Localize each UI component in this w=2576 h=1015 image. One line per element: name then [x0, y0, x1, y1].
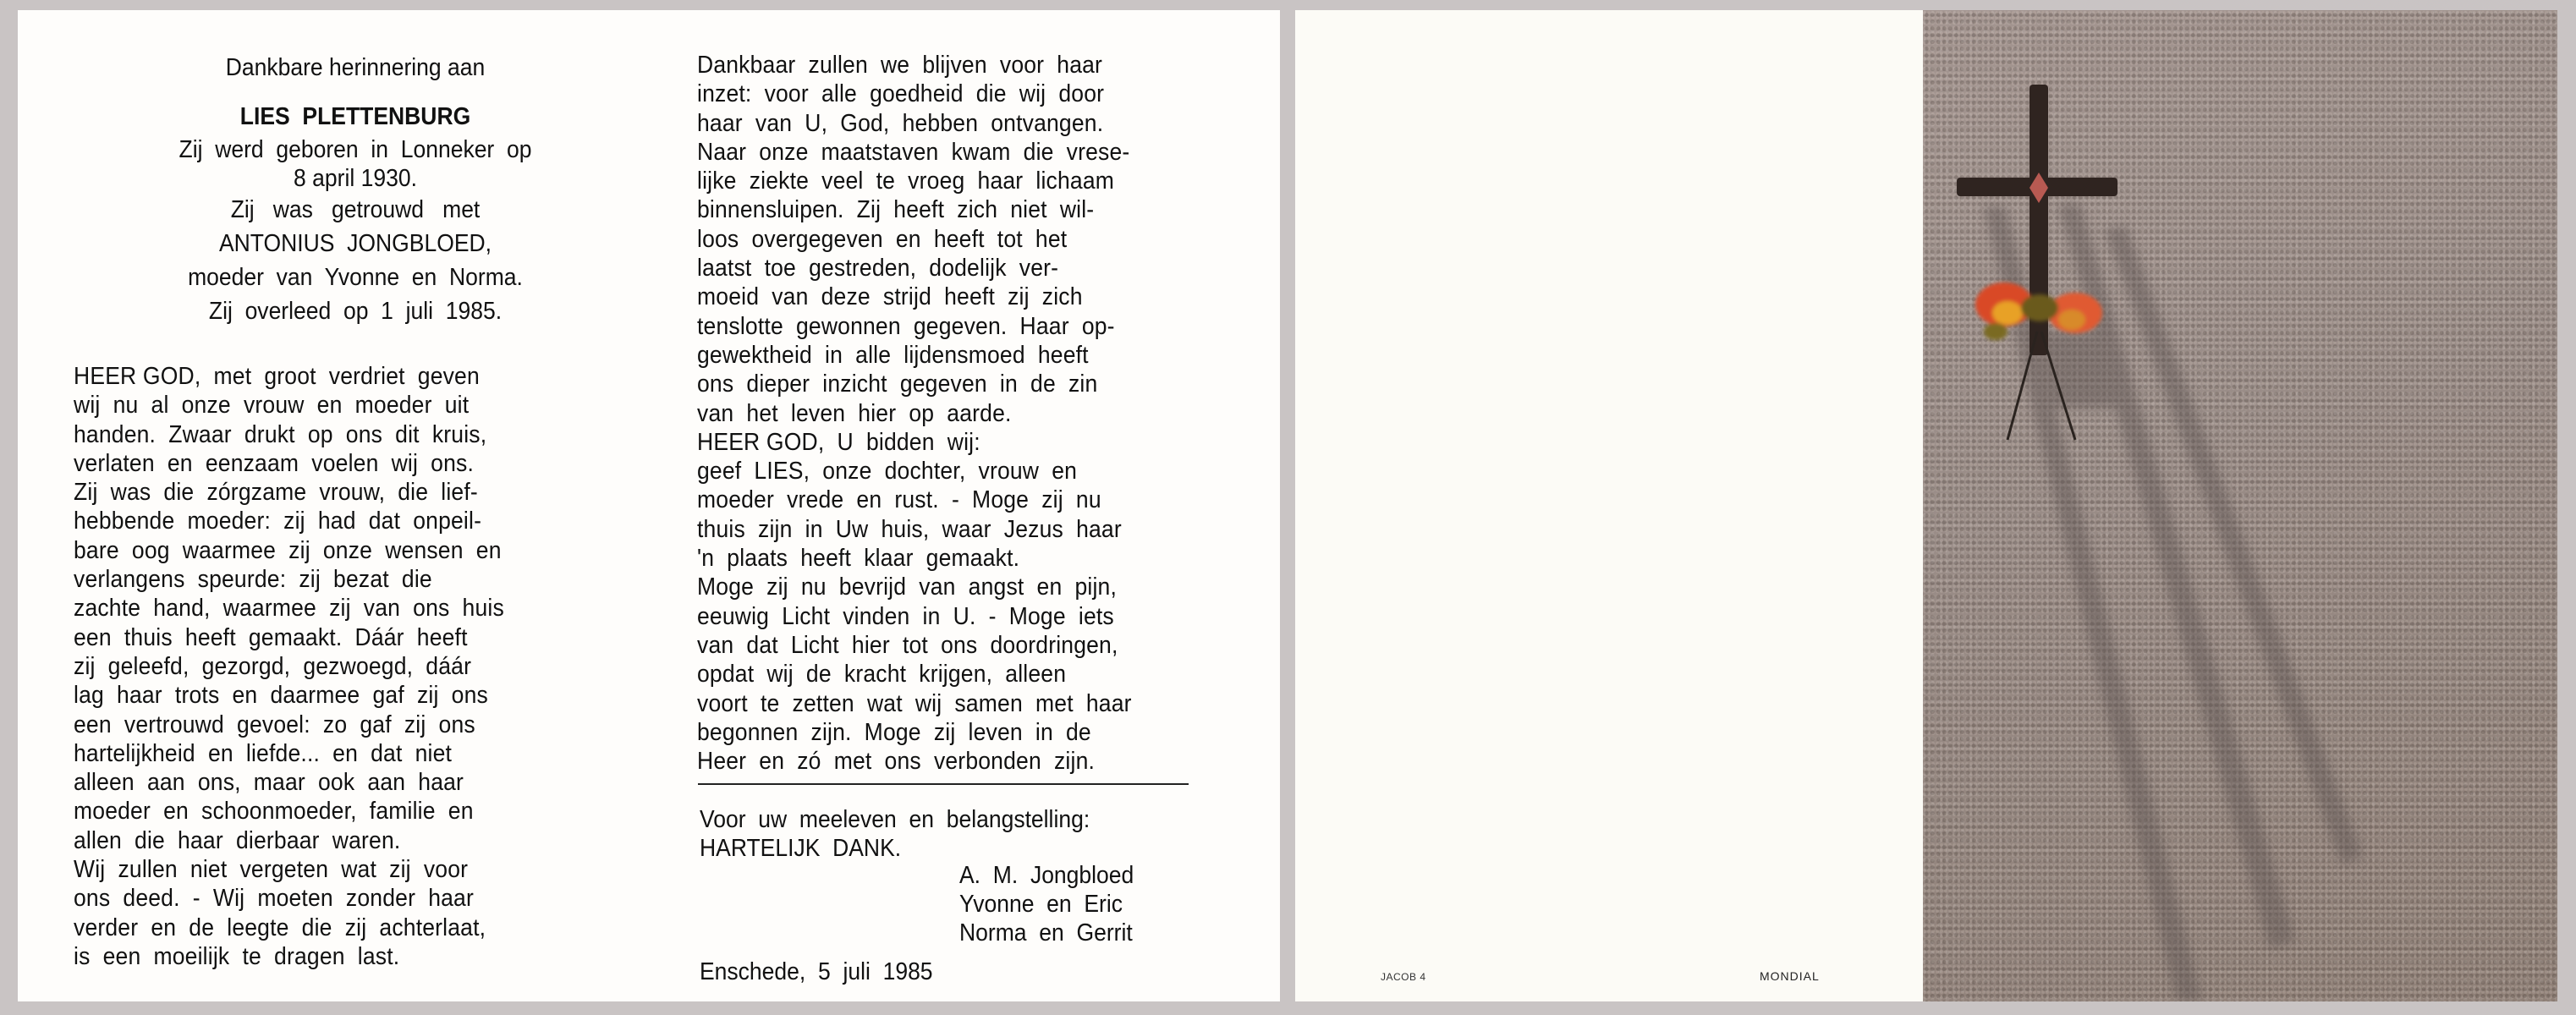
cross-with-flowers-icon	[1923, 10, 2557, 1001]
cross-photo	[1923, 10, 2557, 1001]
text-line: Heer en zó met ons verbonden zijn.	[697, 747, 1132, 776]
text-line: ons deed. - Wij moeten zonder haar	[74, 884, 504, 913]
text-line: verlaten en eenzaam voelen wij ons.	[74, 449, 504, 478]
text-line: een thuis heeft gemaakt. Dáár heeft	[74, 623, 504, 652]
text-line: lag haar trots en daarmee gaf zij ons	[74, 681, 504, 710]
signatures-block: A. M. Jongbloed Yvonne en Eric Norma en …	[959, 861, 1134, 947]
divider-line	[698, 783, 1189, 785]
text-line: bare oog waarmee zij onze wensen en	[74, 536, 504, 565]
text-line: loos overgegeven en heeft tot het	[697, 225, 1132, 254]
text-line: voort te zetten wat wij samen met haar	[697, 689, 1132, 718]
place-date: Enschede, 5 juli 1985	[700, 957, 933, 986]
text-line: geef LIES, onze dochter, vrouw en	[697, 457, 1132, 486]
text-line: Moge zij nu bevrijd van angst en pijn,	[697, 573, 1132, 601]
signature: A. M. Jongbloed	[959, 861, 1134, 890]
text-line: begonnen zijn. Moge zij leven in de	[697, 718, 1132, 747]
text-line: opdat wij de kracht krijgen, alleen	[697, 660, 1132, 689]
memorial-header: Dankbare herinnering aan LIES PLETTENBUR…	[119, 51, 591, 328]
prayer-text-right: Dankbaar zullen we blijven voor haarinze…	[697, 51, 1132, 776]
text-line: HEER GOD, met groot verdriet geven	[74, 362, 504, 391]
intro-text: Dankbare herinnering aan	[119, 51, 591, 100]
spouse-name: ANTONIUS JONGBLOED,	[119, 227, 591, 261]
text-line: hebbende moeder: zij had dat onpeil-	[74, 507, 504, 535]
imprint-code: JACOB 4	[1381, 971, 1426, 983]
thanks-block: Voor uw meeleven en belangstelling: HART…	[700, 805, 1090, 863]
text-line: moeder vrede en rust. - Moge zij nu	[697, 486, 1132, 514]
text-line: zij geleefd, gezorgd, gezwoegd, dáár	[74, 652, 504, 681]
text-line: eeuwig Licht vinden in U. - Moge iets	[697, 602, 1132, 631]
text-line: HEER GOD, U bidden wij:	[697, 428, 1132, 457]
text-line: binnensluipen. Zij heeft zich niet wil-	[697, 195, 1132, 224]
thanks-line: Voor uw meeleven en belangstelling:	[700, 805, 1090, 834]
text-line: moeder en schoonmoeder, familie en	[74, 797, 504, 826]
prayer-text-left: HEER GOD, met groot verdriet gevenwij nu…	[74, 362, 504, 971]
death-date-line: Zij overleed op 1 juli 1985.	[119, 294, 591, 328]
birth-line: Zij werd geboren in Lonneker op	[119, 135, 591, 164]
text-line: haar van U, God, hebben ontvangen.	[697, 109, 1132, 138]
text-line: allen die haar dierbaar waren.	[74, 826, 504, 855]
text-line: Dankbaar zullen we blijven voor haar	[697, 51, 1132, 80]
text-line: lijke ziekte veel te vroeg haar lichaam	[697, 167, 1132, 195]
deceased-name: LIES PLETTENBURG	[119, 100, 591, 135]
text-line: laatst toe gestreden, dodelijk ver-	[697, 254, 1132, 283]
birth-date: 8 april 1930.	[119, 164, 591, 193]
text-line: verlangens speurde: zij bezat die	[74, 565, 504, 594]
text-line: tenslotte gewonnen gegeven. Haar op-	[697, 312, 1132, 341]
signature: Norma en Gerrit	[959, 919, 1134, 947]
thanks-heading: HARTELIJK DANK.	[700, 834, 1090, 863]
text-line: thuis zijn in Uw huis, waar Jezus haar	[697, 515, 1132, 544]
text-line: verder en de leegte die zij achterlaat,	[74, 913, 504, 942]
married-line: Zij was getrouwd met	[119, 193, 591, 227]
imprint-publisher: MONDIAL	[1760, 969, 1820, 983]
text-line: is een moeilijk te dragen last.	[74, 942, 504, 971]
text-line: van dat Licht hier tot ons doordringen,	[697, 631, 1132, 660]
text-line: inzet: voor alle goedheid die wij door	[697, 80, 1132, 108]
signature: Yvonne en Eric	[959, 890, 1134, 919]
text-line: Zij was die zórgzame vrouw, die lief-	[74, 478, 504, 507]
text-line: alleen aan ons, maar ook aan haar	[74, 768, 504, 797]
mother-of-line: moeder van Yvonne en Norma.	[119, 261, 591, 294]
text-line: Wij zullen niet vergeten wat zij voor	[74, 855, 504, 884]
text-line: zachte hand, waarmee zij van ons huis	[74, 594, 504, 623]
text-line: Naar onze maatstaven kwam die vrese-	[697, 138, 1132, 167]
text-line: gewektheid in alle lijdensmoed heeft	[697, 341, 1132, 370]
text-line: hartelijkheid en liefde... en dat niet	[74, 739, 504, 768]
text-line: handen. Zwaar drukt op ons dit kruis,	[74, 420, 504, 449]
text-line: een vertrouwd gevoel: zo gaf zij ons	[74, 710, 504, 739]
text-line: van het leven hier op aarde.	[697, 399, 1132, 428]
text-line: moeid van deze strijd heeft zij zich	[697, 283, 1132, 311]
text-line: ons dieper inzicht gegeven in de zin	[697, 370, 1132, 398]
text-line: wij nu al onze vrouw en moeder uit	[74, 391, 504, 420]
text-line: 'n plaats heeft klaar gemaakt.	[697, 544, 1132, 573]
